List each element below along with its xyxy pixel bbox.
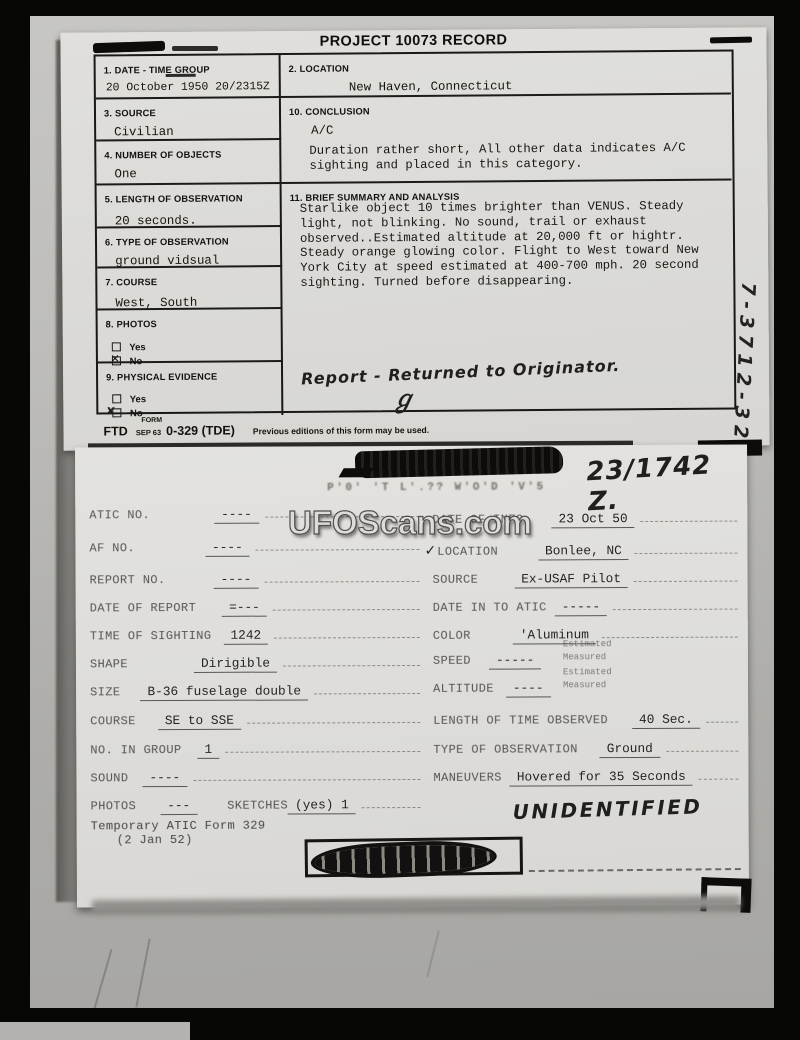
handwritten-verdict: UNIDENTIFIED bbox=[512, 794, 703, 824]
handwritten-disposition-note: Report - Returned to Originator. bbox=[301, 356, 621, 389]
redaction-smudge bbox=[172, 46, 218, 51]
row-sound: SOUND ---- bbox=[90, 765, 420, 788]
field-value: 20 October 1950 20/2315Z bbox=[106, 81, 271, 94]
field-number: 10. bbox=[289, 107, 303, 117]
row-label: LENGTH OF TIME OBSERVED bbox=[433, 714, 608, 729]
dashed-rule bbox=[635, 539, 738, 555]
field-value: ground vidsual bbox=[115, 253, 272, 268]
field-physical-evidence: 9. PHYSICAL EVIDENCE Yes No x bbox=[98, 362, 283, 416]
field-number: 7. bbox=[105, 277, 113, 287]
dashed-rule bbox=[634, 567, 738, 583]
field-number: 2. bbox=[289, 64, 297, 74]
dashed-rule bbox=[362, 793, 421, 809]
footer-number: 0-329 (TDE) bbox=[166, 423, 235, 438]
handwritten-checkmark: ✓ bbox=[424, 543, 436, 559]
scan-corner-strip bbox=[0, 1022, 190, 1040]
stray-black-mark bbox=[710, 37, 752, 44]
field-label: LENGTH OF OBSERVATION bbox=[116, 193, 243, 204]
field-value: New Haven, Connecticut bbox=[349, 78, 723, 95]
illegible-stamp-text: P'0' 'T L'.?? W'O'D 'V'5 bbox=[327, 481, 545, 494]
altitude-option-list: Estimated Measured bbox=[563, 666, 612, 691]
row-value: Ground bbox=[600, 741, 660, 758]
field-value: 20 seconds. bbox=[115, 213, 272, 228]
row-altitude: ALTITUDE ---- bbox=[433, 680, 573, 698]
redaction-blob-tail bbox=[339, 468, 374, 477]
dashed-rule bbox=[264, 567, 419, 583]
row-source: SOURCE Ex-USAF Pilot bbox=[433, 567, 738, 590]
dashed-rule bbox=[225, 737, 420, 753]
field-location: 2. LOCATION New Haven, Connecticut bbox=[281, 52, 731, 99]
footer-note: Previous editions of this form may be us… bbox=[253, 425, 429, 436]
field-number: 5. bbox=[105, 194, 113, 204]
row-date-of-report: DATE OF REPORT =--- bbox=[90, 595, 420, 618]
scan-border-left bbox=[0, 0, 30, 1040]
row-value: ---- bbox=[205, 540, 250, 557]
row-value: --- bbox=[160, 798, 197, 815]
scanned-document: PROJECT 10073 RECORD 1. DATE - TIME GROU… bbox=[0, 0, 800, 1040]
option-measured: Measured bbox=[563, 679, 612, 692]
field-value: Civilian bbox=[114, 124, 271, 139]
row-type-of-observation: TYPE OF OBSERVATION Ground bbox=[433, 737, 738, 760]
option-estimated: Estimated bbox=[563, 638, 612, 651]
field-number: 8. bbox=[106, 319, 114, 329]
stray-strike-mark bbox=[166, 74, 196, 77]
bottom-form-id-line1: Temporary ATIC Form 329 bbox=[91, 819, 266, 834]
row-value: B-36 fuselage double bbox=[140, 684, 308, 702]
row-value: Ex-USAF Pilot bbox=[514, 571, 628, 588]
dashed-rule bbox=[247, 708, 420, 724]
redaction-blob bbox=[355, 446, 564, 478]
row-no-in-group: NO. IN GROUP 1 bbox=[90, 737, 420, 760]
row-value: ---- bbox=[214, 572, 259, 589]
dashed-rule bbox=[666, 737, 739, 753]
handwritten-x-mark: x bbox=[106, 403, 115, 418]
checkbox-yes-label: Yes bbox=[130, 394, 146, 405]
row-label: SPEED bbox=[433, 654, 471, 668]
row-label: NO. IN GROUP bbox=[90, 743, 181, 757]
row-label: MANEUVERS bbox=[433, 771, 501, 785]
row-time-of-sighting: TIME OF SIGHTING 1242 bbox=[90, 623, 420, 646]
row-label: SIZE bbox=[90, 686, 120, 700]
field-number: 9. bbox=[106, 372, 114, 382]
row-value: 1 bbox=[198, 742, 220, 759]
conclusion-value: A/C bbox=[311, 121, 723, 138]
dashed-rule bbox=[193, 765, 420, 781]
field-number: 3. bbox=[104, 108, 112, 118]
form-footer: FTD SEP 63 0-329 (TDE) Previous editions… bbox=[103, 422, 429, 439]
row-value: ----- bbox=[489, 652, 541, 669]
row-label: ALTITUDE bbox=[433, 682, 494, 696]
field-conclusion: 10. CONCLUSION A/C Duration rather short… bbox=[281, 95, 732, 185]
row-label: DATE IN TO ATIC bbox=[433, 601, 547, 615]
footer-ftd: FTD bbox=[103, 424, 127, 438]
row-label: LOCATION bbox=[437, 545, 498, 559]
row-value: Bonlee, NC bbox=[538, 543, 629, 560]
row-value: ---- bbox=[506, 680, 551, 697]
row-value: SE to SSE bbox=[158, 713, 241, 730]
form-table: 1. DATE - TIME GROUP 20 October 1950 20/… bbox=[94, 49, 737, 414]
dashed-rule bbox=[613, 595, 738, 611]
field-label: CONCLUSION bbox=[305, 106, 370, 117]
row-label: SHAPE bbox=[90, 658, 128, 672]
row-label: SKETCHES bbox=[227, 799, 288, 813]
field-label: SOURCE bbox=[115, 108, 156, 118]
checkbox-yes-label: Yes bbox=[129, 342, 145, 353]
option-measured: Measured bbox=[563, 651, 612, 664]
dashed-rule bbox=[314, 679, 420, 695]
summary-text: Starlike object 10 times brighter than V… bbox=[300, 199, 729, 291]
dashed-rule bbox=[602, 623, 738, 639]
field-date-time-group: 1. DATE - TIME GROUP 20 October 1950 20/… bbox=[96, 55, 281, 99]
row-date-in-to-atic: DATE IN TO ATIC ----- bbox=[433, 595, 738, 618]
field-number: 6. bbox=[105, 237, 113, 247]
row-label: PHOTOS bbox=[91, 800, 137, 814]
dashed-rule bbox=[283, 651, 420, 667]
row-value: 1242 bbox=[223, 628, 268, 645]
row-maneuvers: MANEUVERS Hovered for 35 Seconds bbox=[433, 765, 738, 788]
field-brief-summary: 11. BRIEF SUMMARY AND ANALYSIS Starlike … bbox=[282, 181, 734, 416]
row-label: DATE OF REPORT bbox=[90, 601, 196, 615]
row-label: TYPE OF OBSERVATION bbox=[433, 743, 577, 758]
checkbox-yes bbox=[112, 394, 121, 403]
row-label: COLOR bbox=[433, 629, 471, 643]
row-label: TIME OF SIGHTING bbox=[90, 629, 212, 644]
dashed-rule bbox=[699, 765, 739, 781]
field-value: West, South bbox=[115, 295, 272, 310]
handwritten-initials: ℊ bbox=[391, 379, 415, 414]
field-label: NUMBER OF OBJECTS bbox=[115, 150, 221, 161]
field-label: TYPE OF OBSERVATION bbox=[116, 236, 229, 247]
row-course: COURSE SE to SSE bbox=[90, 708, 420, 731]
field-photos: 8. PHOTOS Yes No bbox=[98, 309, 283, 363]
dashed-rule bbox=[529, 868, 741, 872]
row-value: ---- bbox=[214, 507, 259, 524]
row-label: SOURCE bbox=[433, 573, 479, 587]
row-label: REPORT NO. bbox=[90, 573, 166, 587]
row-size: SIZE B-36 fuselage double bbox=[90, 679, 420, 702]
row-value: Dirigible bbox=[194, 656, 277, 673]
project-10073-record-form: PROJECT 10073 RECORD 1. DATE - TIME GROU… bbox=[60, 27, 769, 451]
watermark: UFOScans.com bbox=[288, 504, 532, 542]
row-value: =--- bbox=[222, 600, 267, 617]
row-label: AF NO. bbox=[89, 542, 135, 556]
row-value: ----- bbox=[555, 600, 607, 617]
field-number-of-objects: 4. NUMBER OF OBJECTS One bbox=[96, 140, 281, 185]
field-number: 1. bbox=[104, 65, 112, 75]
field-type-of-observation: 6. TYPE OF OBSERVATION ground vidsual bbox=[97, 227, 282, 268]
row-value: 23 Oct 50 bbox=[552, 511, 635, 528]
field-course: 7. COURSE West, South bbox=[97, 267, 282, 310]
option-estimated: Estimated bbox=[563, 666, 612, 679]
scan-border-top bbox=[0, 0, 800, 16]
row-photos-sketches: PHOTOS --- SKETCHES (yes) 1 bbox=[91, 793, 421, 816]
row-report-no: REPORT NO. ---- bbox=[90, 567, 420, 590]
row-label: COURSE bbox=[90, 715, 136, 729]
dashed-rule bbox=[273, 595, 420, 611]
field-label: PHOTOS bbox=[117, 319, 157, 329]
field-length-of-observation: 5. LENGTH OF OBSERVATION 20 seconds. bbox=[97, 184, 282, 228]
dashed-rule bbox=[641, 507, 738, 523]
speed-option-list: Estimated Measured bbox=[563, 638, 612, 663]
row-speed: SPEED ----- bbox=[433, 652, 573, 670]
row-label: ATIC NO. bbox=[89, 509, 150, 523]
row-value: ---- bbox=[142, 770, 187, 787]
field-label: LOCATION bbox=[300, 64, 350, 74]
dashed-rule bbox=[274, 623, 420, 639]
bottom-form-id-line2: (2 Jan 52) bbox=[117, 833, 193, 847]
row-value: Hovered for 35 Seconds bbox=[510, 769, 693, 787]
row-value: 40 Sec. bbox=[632, 712, 700, 729]
footer-date: SEP 63 bbox=[136, 428, 161, 437]
field-source: 3. SOURCE Civilian bbox=[96, 98, 281, 141]
field-label: PHYSICAL EVIDENCE bbox=[117, 372, 217, 383]
field-label: COURSE bbox=[116, 277, 157, 287]
row-value: (yes) 1 bbox=[288, 798, 356, 815]
field-number: 4. bbox=[104, 150, 112, 160]
row-length-of-time-observed: LENGTH OF TIME OBSERVED 40 Sec. bbox=[433, 708, 738, 731]
scan-border-right bbox=[774, 0, 800, 1040]
conclusion-note: Duration rather short, All other data in… bbox=[309, 141, 727, 174]
row-label: SOUND bbox=[90, 772, 128, 786]
dashed-rule bbox=[706, 708, 738, 724]
row-shape: SHAPE Dirigible bbox=[90, 651, 420, 674]
field-value: One bbox=[114, 166, 271, 181]
checkbox-yes bbox=[112, 342, 121, 351]
